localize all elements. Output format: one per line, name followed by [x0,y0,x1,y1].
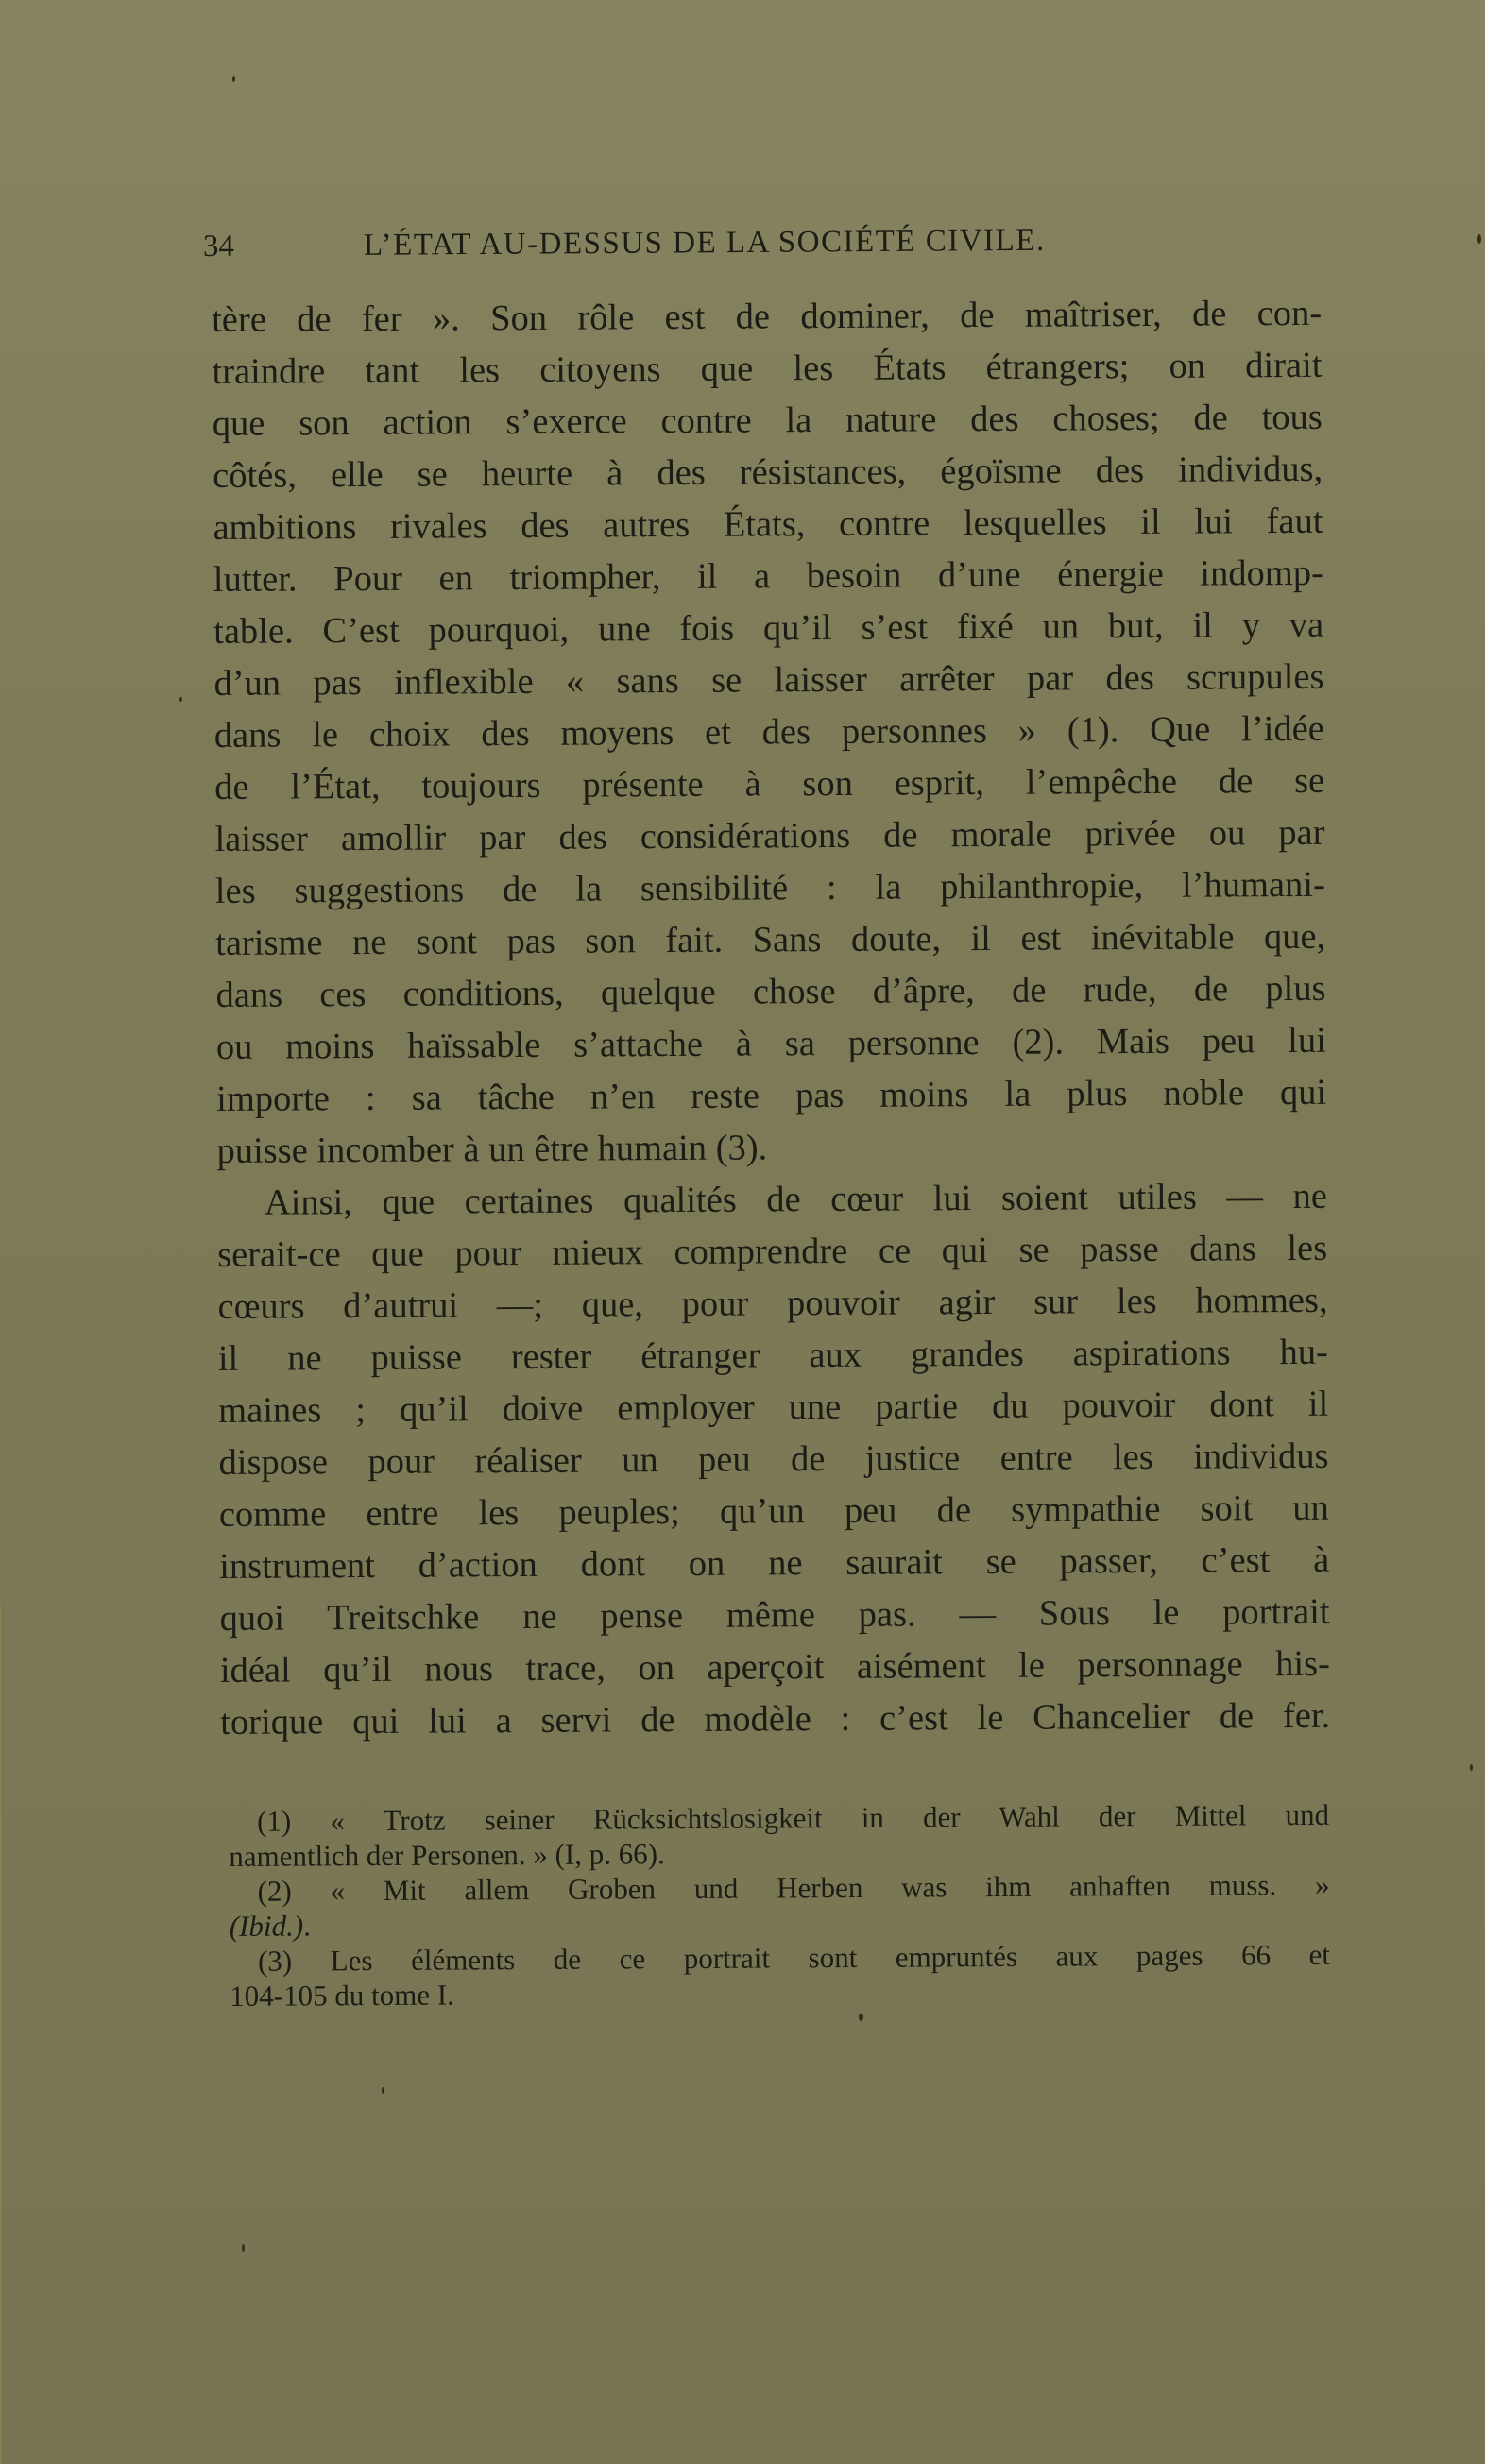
footnote-3-continued: 104-105 du tome I. [230,1972,1330,2014]
text-line: de l’État, toujours présente à son espri… [214,756,1324,814]
text-line: importe : sa tâche n’en reste pas moins … [216,1067,1326,1126]
text-line: serait-ce que pour mieux comprendre ce q… [217,1223,1327,1282]
text-line: idéal qu’il nous trace, on aperçoit aisé… [220,1639,1330,1697]
text-line: comme entre les peuples; qu’un peu de sy… [219,1483,1329,1541]
paragraph-start-line: Ainsi, que certaines qualités de cœur lu… [217,1171,1327,1230]
text-line: torique qui lui a servi de modèle : c’es… [220,1691,1330,1749]
footnotes: (1) « Trotz seiner Rücksichtslosigkeit i… [229,1797,1335,2014]
running-title: L’ÉTAT AU-DESSUS DE LA SOCIÉTÉ CIVILE. [364,224,1046,263]
text-line: cœurs d’autrui —; que, pour pouvoir agir… [217,1275,1327,1334]
text-line: quoi Treitschke ne pense même pas. — Sou… [219,1587,1329,1645]
paper-speck [179,697,182,702]
footnote-1: (1) « Trotz seiner Rücksichtslosigkeit i… [229,1797,1329,1839]
text-line: d’un pas inflexible « sans se laisser ar… [213,652,1323,710]
text-line: les suggestions de la sensibilité : la p… [215,859,1325,918]
ibid-reference: (Ibid.) [230,1910,304,1943]
text-line: dispose pour réaliser un peu de justice … [218,1431,1328,1489]
page-number: 34 [203,229,364,264]
text-line: maines ; qu’il doive employer une partie… [218,1379,1328,1437]
text-line: table. C’est pourquoi, une fois qu’il s’… [213,600,1323,658]
text-line: il ne puisse rester étranger aux grandes… [218,1327,1328,1385]
text-line: laisser amollir par des considérations d… [214,807,1324,866]
text-line: instrument d’action dont on ne saurait s… [219,1535,1329,1593]
text-line: côtés, elle se heurte à des résistances,… [213,444,1323,502]
text-line: dans le choix des moyens et des personne… [214,704,1324,762]
paper-speck [1477,234,1481,244]
text-line: ambitions rivales des autres États, cont… [213,496,1323,554]
running-header: 34 L’ÉTAT AU-DESSUS DE LA SOCIÉTÉ CIVILE… [203,223,1148,267]
paper-speck [859,2014,863,2021]
paper-speck [1470,1764,1473,1771]
paper-speck [242,2244,245,2252]
paper-speck [382,2087,384,2094]
text-line: tère de fer ». Son rôle est de dominer, … [212,288,1322,347]
book-page: 34 L’ÉTAT AU-DESSUS DE LA SOCIÉTÉ CIVILE… [0,0,1485,2464]
footnote-2: (2) « Mit allem Groben und Herben was ih… [229,1867,1329,1909]
text-line: dans ces conditions, quelque chose d’âpr… [215,963,1325,1022]
footnote-2-tail: . [303,1909,311,1942]
page-edge [0,1606,4,2464]
text-line: lutter. Pour en triompher, il a besoin d… [213,548,1323,606]
paper-speck [232,76,235,82]
paragraph-end-line: puisse incomber à un être humain (3). [216,1119,1326,1178]
text-line: ou moins haïssable s’attache à sa person… [216,1015,1326,1074]
footnote-3: (3) Les éléments de ce portrait sont emp… [230,1937,1330,1979]
text-line: traindre tant les citoyens que les États… [212,340,1322,399]
text-line: tarisme ne sont pas son fait. Sans doute… [215,911,1325,970]
body-text: tère de fer ». Son rôle est de dominer, … [212,288,1335,1749]
text-line: que son action s’exerce contre la nature… [213,392,1323,450]
